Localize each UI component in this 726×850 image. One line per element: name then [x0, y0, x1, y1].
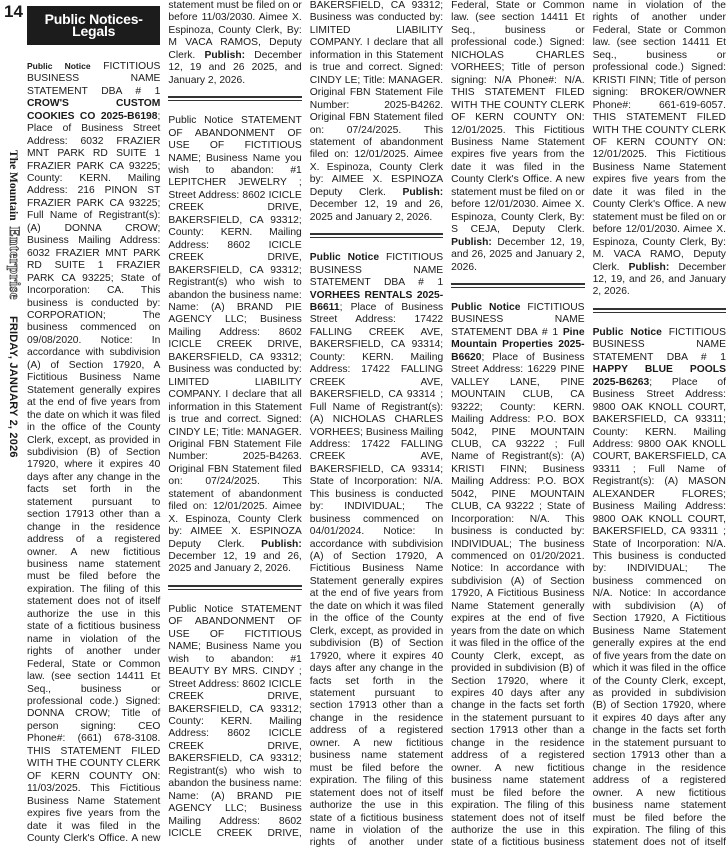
business-name: CROW'S CUSTOM COOKIES CO 2025-B6198: [27, 98, 160, 121]
notice-lead: Public Notice: [451, 302, 520, 313]
notice-body: Business Name you wish to abandon: #1 LE…: [168, 153, 301, 550]
publish-label: Publish:: [403, 187, 444, 198]
notice-separator: [310, 233, 443, 238]
publish-dates: December 12, 19 and 26, 2025 and January…: [168, 551, 301, 574]
notice-lead: Public Notice: [310, 252, 379, 263]
notice-lead: Public Notice: [168, 604, 233, 615]
masthead-spine: The Mountain Enterprise FRIDAY, JANUARY …: [0, 150, 24, 590]
publish-label: Publish:: [204, 50, 245, 61]
notice-abandonment-lepitcher: Public Notice STATEMENT OF ABANDONMENT O…: [168, 115, 301, 576]
publish-dates: December 12, 19 and 26, 2025 and January…: [310, 199, 443, 222]
notice-lead: Public Notice: [593, 327, 662, 338]
notice-separator: [168, 96, 301, 101]
issue-date: FRIDAY, JANUARY 2, 2026: [8, 316, 20, 458]
notice-lead: Public Notice: [168, 115, 233, 126]
notice-separator: [168, 585, 301, 590]
paper-name-prefix: The Mountain: [8, 150, 20, 221]
publish-label: Publish:: [629, 262, 670, 273]
publish-label: Publish:: [261, 539, 302, 550]
notice-lead: Public Notice: [27, 61, 91, 71]
notice-separator: [593, 308, 726, 313]
notice-separator: [451, 283, 584, 288]
page-number: 14: [4, 2, 23, 22]
paper-logo: Enterprise: [5, 227, 22, 300]
publish-label: Publish:: [451, 237, 492, 248]
notices-flow: Public Notices-Legals Public Notice FICT…: [27, 0, 726, 850]
section-title: Public Notices-Legals: [27, 6, 160, 45]
